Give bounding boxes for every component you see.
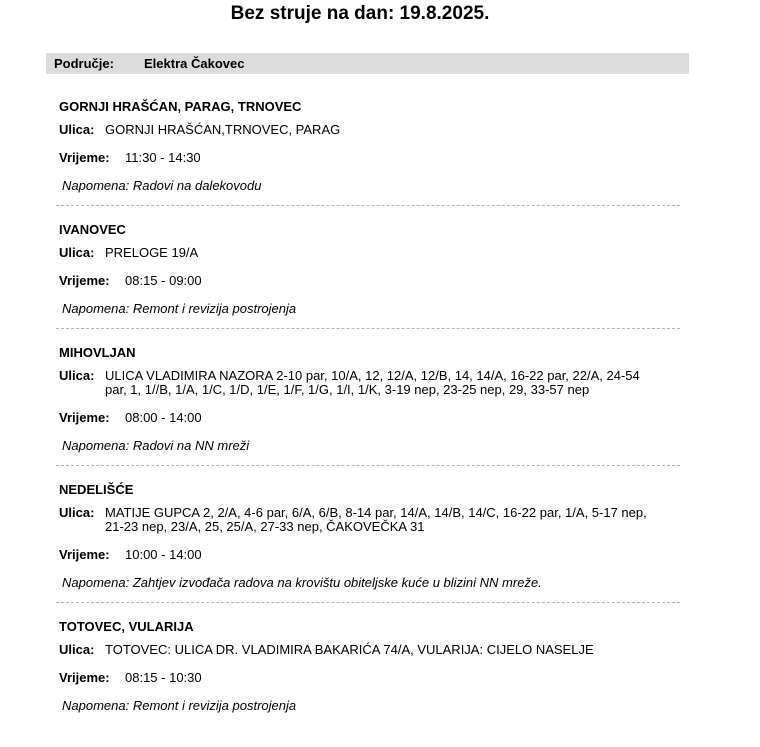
entry-divider [56, 328, 680, 329]
time-label: Vrijeme: [59, 274, 125, 288]
time-label: Vrijeme: [59, 671, 125, 685]
time-value: 08:00 - 14:00 [125, 411, 680, 425]
time-label: Vrijeme: [59, 548, 125, 562]
entry-divider [56, 205, 680, 206]
area-header: Područje: Elektra Čakovec [46, 53, 689, 74]
street-label: Ulica: [59, 369, 105, 397]
outage-report-page: Bez struje na dan: 19.8.2025. Područje: … [0, 0, 760, 747]
outage-entry: IVANOVECUlica:PRELOGE 19/AVrijeme:08:15 … [56, 222, 680, 317]
time-value: 11:30 - 14:30 [125, 151, 680, 165]
entry-place: TOTOVEC, VULARIJA [59, 619, 680, 635]
entry-note: Napomena: Remont i revizija postrojenja [59, 301, 680, 317]
entry-divider [56, 602, 680, 603]
entry-street-row: Ulica:ULICA VLADIMIRA NAZORA 2-10 par, 1… [59, 369, 680, 397]
time-label: Vrijeme: [59, 151, 125, 165]
entry-street-row: Ulica:TOTOVEC: ULICA DR. VLADIMIRA BAKAR… [59, 643, 680, 657]
time-value: 08:15 - 10:30 [125, 671, 680, 685]
entry-note: Napomena: Zahtjev izvođača radova na kro… [59, 575, 680, 591]
page-title: Bez struje na dan: 19.8.2025. [0, 2, 720, 26]
entry-time-row: Vrijeme:11:30 - 14:30 [59, 151, 680, 165]
time-label: Vrijeme: [59, 411, 125, 425]
entry-place: GORNJI HRAŠĆAN, PARAG, TRNOVEC [59, 99, 680, 115]
outage-entry: GORNJI HRAŠĆAN, PARAG, TRNOVECUlica:GORN… [56, 99, 680, 194]
outage-entry: MIHOVLJANUlica:ULICA VLADIMIRA NAZORA 2-… [56, 345, 680, 454]
entry-time-row: Vrijeme:08:15 - 09:00 [59, 274, 680, 288]
outage-entry: NEDELIŠĆEUlica:MATIJE GUPCA 2, 2/A, 4-6 … [56, 482, 680, 591]
time-value: 10:00 - 14:00 [125, 548, 680, 562]
street-value: MATIJE GUPCA 2, 2/A, 4-6 par, 6/A, 6/B, … [105, 506, 680, 534]
street-label: Ulica: [59, 506, 105, 534]
entry-note: Napomena: Remont i revizija postrojenja [59, 698, 680, 714]
street-value: TOTOVEC: ULICA DR. VLADIMIRA BAKARIĆA 74… [105, 643, 680, 657]
street-label: Ulica: [59, 246, 105, 260]
entry-place: IVANOVEC [59, 222, 680, 238]
entry-street-row: Ulica:PRELOGE 19/A [59, 246, 680, 260]
street-label: Ulica: [59, 643, 105, 657]
time-value: 08:15 - 09:00 [125, 274, 680, 288]
street-label: Ulica: [59, 123, 105, 137]
entry-time-row: Vrijeme:08:15 - 10:30 [59, 671, 680, 685]
outage-list: GORNJI HRAŠĆAN, PARAG, TRNOVECUlica:GORN… [56, 96, 680, 725]
entry-time-row: Vrijeme:10:00 - 14:00 [59, 548, 680, 562]
entry-divider [56, 465, 680, 466]
street-value: PRELOGE 19/A [105, 246, 680, 260]
entry-place: MIHOVLJAN [59, 345, 680, 361]
street-value: GORNJI HRAŠĆAN,TRNOVEC, PARAG [105, 123, 680, 137]
entry-time-row: Vrijeme:08:00 - 14:00 [59, 411, 680, 425]
area-value: Elektra Čakovec [144, 53, 244, 74]
entry-place: NEDELIŠĆE [59, 482, 680, 498]
entry-note: Napomena: Radovi na NN mreži [59, 438, 680, 454]
entry-note: Napomena: Radovi na dalekovodu [59, 178, 680, 194]
entry-street-row: Ulica:GORNJI HRAŠĆAN,TRNOVEC, PARAG [59, 123, 680, 137]
area-label: Područje: [54, 53, 114, 74]
outage-entry: TOTOVEC, VULARIJAUlica:TOTOVEC: ULICA DR… [56, 619, 680, 714]
street-value: ULICA VLADIMIRA NAZORA 2-10 par, 10/A, 1… [105, 369, 680, 397]
entry-street-row: Ulica:MATIJE GUPCA 2, 2/A, 4-6 par, 6/A,… [59, 506, 680, 534]
